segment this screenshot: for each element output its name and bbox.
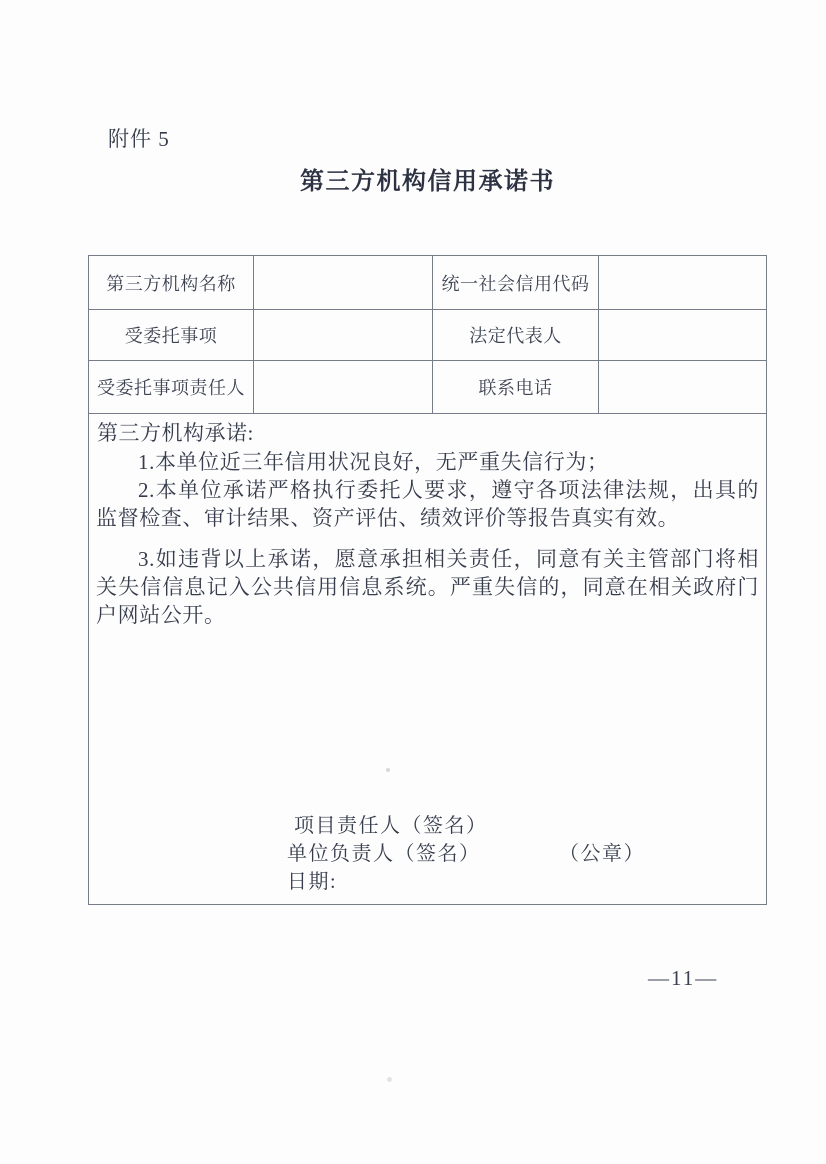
signature-block: 项目责任人（签名） 单位负责人（签名） （公章） 日期: <box>287 812 488 896</box>
commitment-item-3: 3.如违背以上承诺，愿意承担相关责任，同意有关主管部门将相关失信信息记入公共信用… <box>96 545 759 629</box>
attachment-label: 附件 5 <box>108 123 170 153</box>
field-label-contact-phone: 联系电话 <box>433 361 599 414</box>
document-page: 附件 5 第三方机构信用承诺书 第三方机构名称 统一社会信用代码 受委托事项 法… <box>0 0 826 1164</box>
project-leader-signature-line: 项目责任人（签名） <box>287 812 488 840</box>
field-value-entrusted-matter-responsible <box>254 361 433 414</box>
field-value-contact-phone <box>599 361 766 414</box>
field-label-legal-representative: 法定代表人 <box>433 310 599 361</box>
credit-commitment-form: 第三方机构名称 统一社会信用代码 受委托事项 法定代表人 受委托事项责任人 联系… <box>88 255 767 905</box>
scan-speck <box>387 1077 392 1082</box>
page-number: —11— <box>648 966 718 991</box>
field-value-entrusted-matter <box>254 310 433 361</box>
field-value-legal-representative <box>599 310 766 361</box>
scan-speck <box>386 768 390 772</box>
commitment-item-1: 1.本单位近三年信用状况良好，无严重失信行为； <box>96 448 759 476</box>
field-value-credit-code <box>599 256 766 310</box>
unit-leader-signature-label: 单位负责人（签名） <box>287 843 481 865</box>
field-label-entrusted-matter-responsible: 受委托事项责任人 <box>89 361 254 414</box>
official-seal-label: （公章） <box>559 840 645 868</box>
unit-leader-signature-line: 单位负责人（签名） （公章） <box>287 840 488 868</box>
field-label-entrusted-matter: 受委托事项 <box>89 310 254 361</box>
commitment-item-2: 2.本单位承诺严格执行委托人要求，遵守各项法律法规，出具的监督检查、审计结果、资… <box>96 476 759 532</box>
field-label-third-party-name: 第三方机构名称 <box>89 256 254 310</box>
commitment-section: 第三方机构承诺: 1.本单位近三年信用状况良好，无严重失信行为； 2.本单位承诺… <box>89 414 766 905</box>
commitment-heading: 第三方机构承诺: <box>89 414 766 448</box>
date-line: 日期: <box>287 868 488 896</box>
document-title: 第三方机构信用承诺书 <box>88 161 767 196</box>
info-grid: 第三方机构名称 统一社会信用代码 受委托事项 法定代表人 受委托事项责任人 联系… <box>89 256 766 414</box>
field-value-third-party-name <box>254 256 433 310</box>
field-label-credit-code: 统一社会信用代码 <box>433 256 599 310</box>
